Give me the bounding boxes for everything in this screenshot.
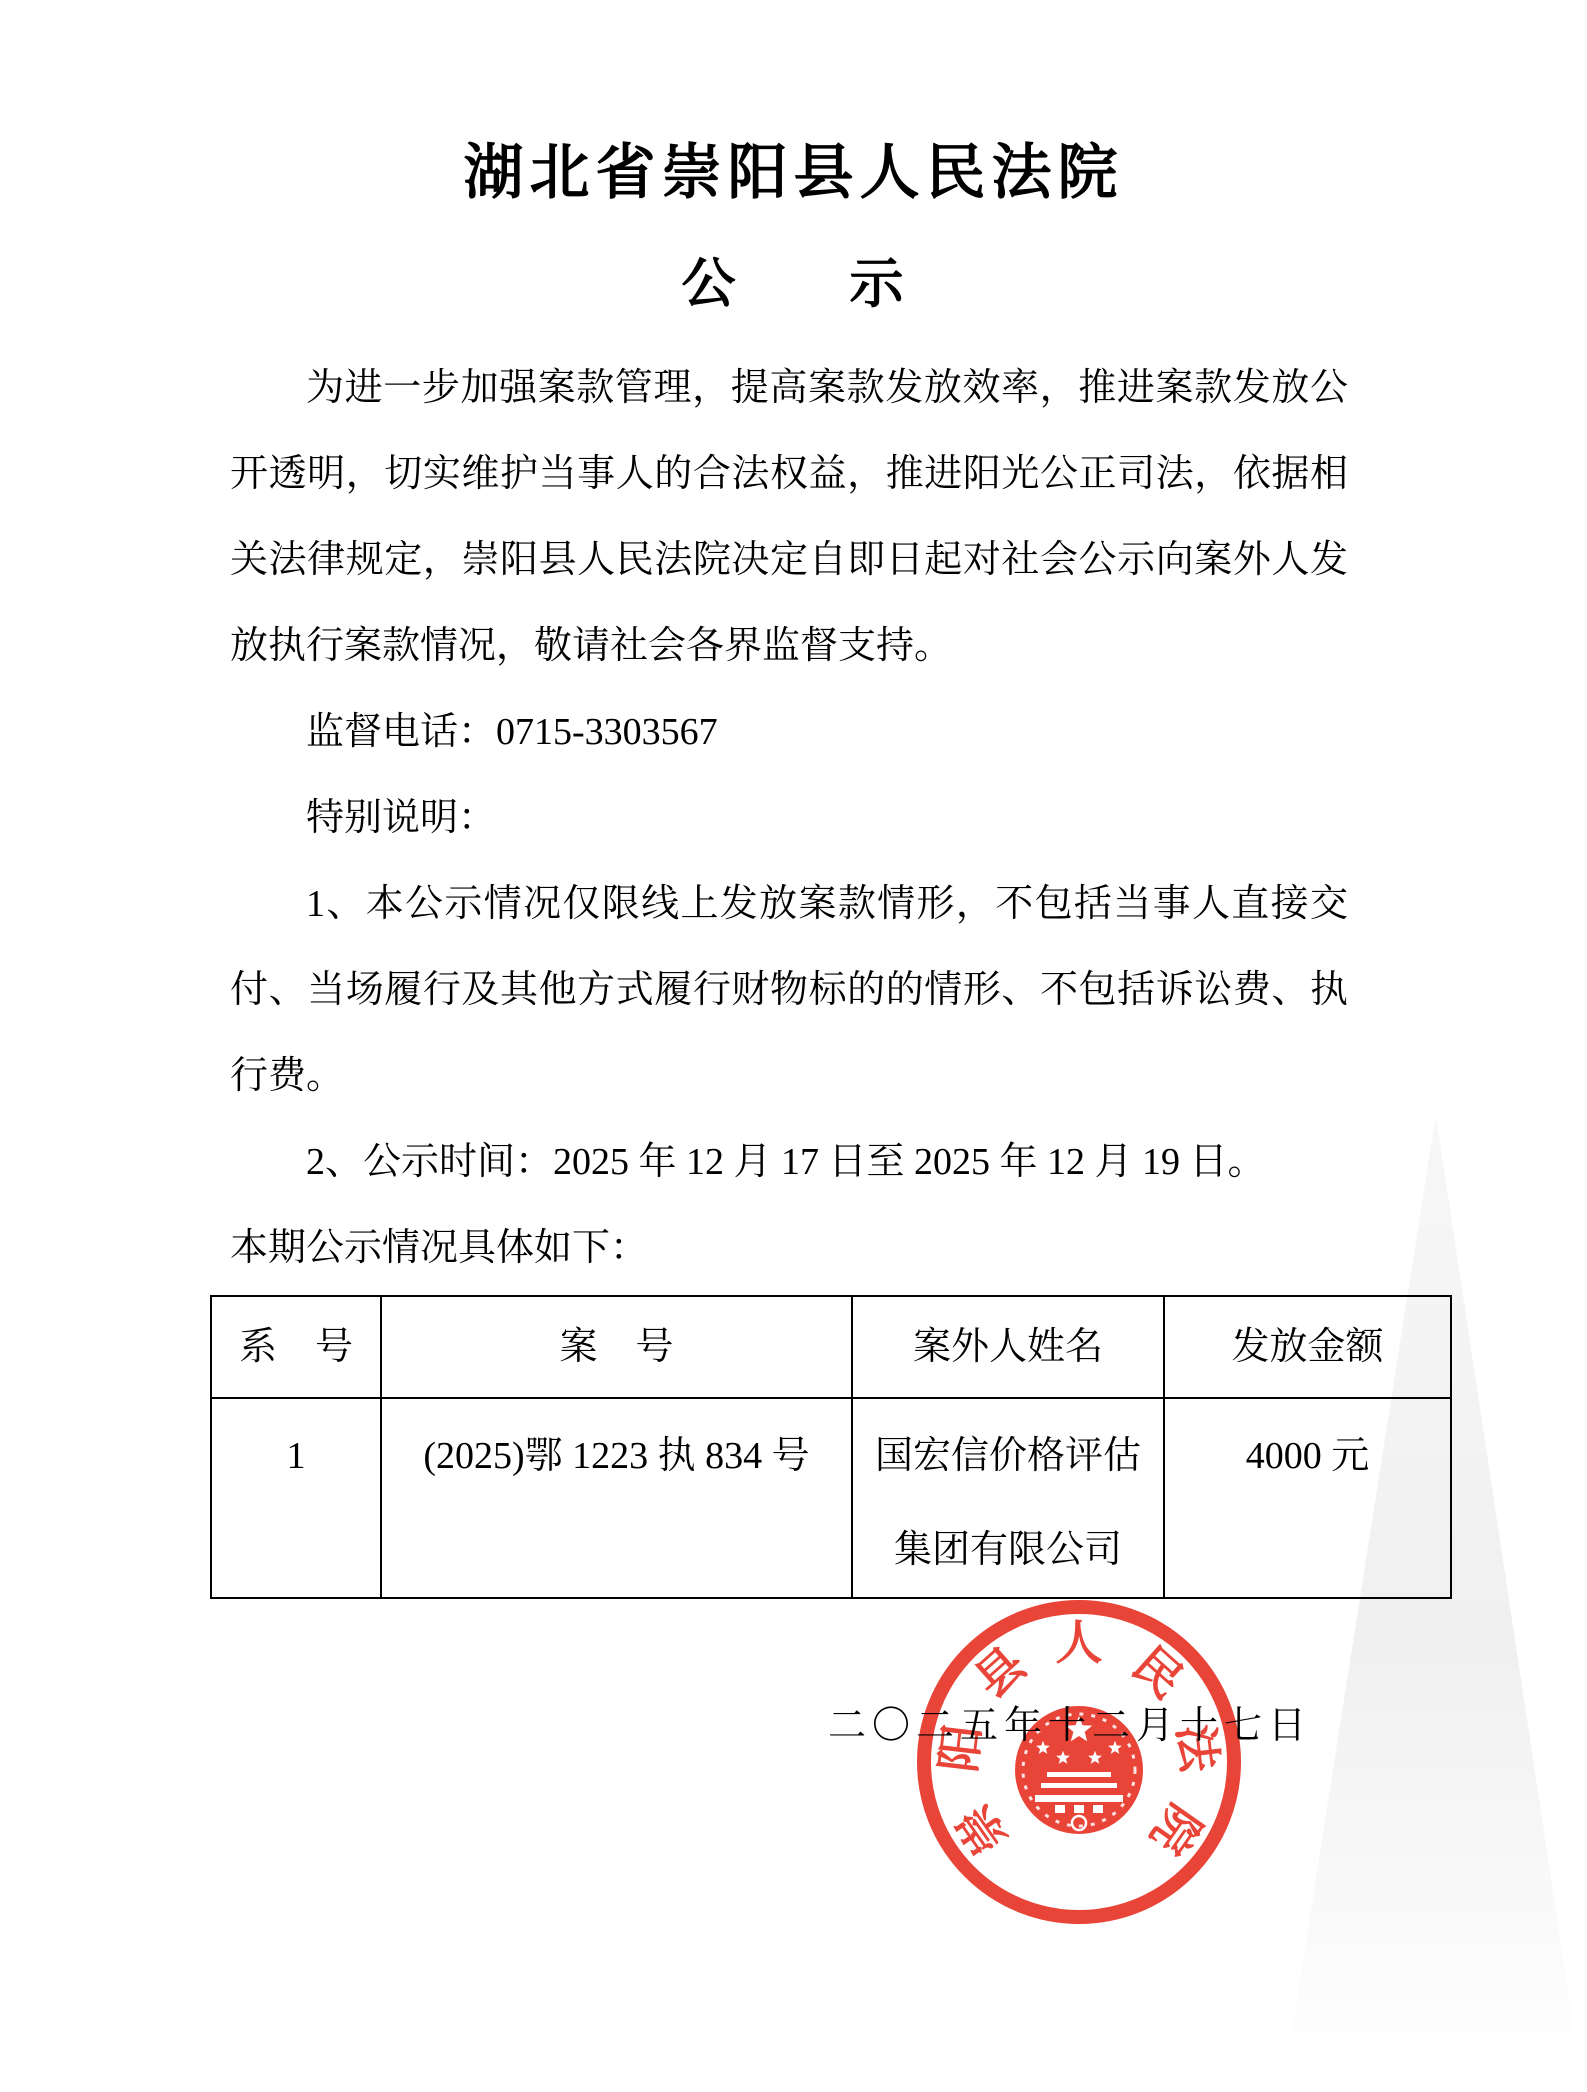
- header-case-no: 案 号: [381, 1296, 852, 1398]
- seal-char: 人: [1056, 1618, 1103, 1670]
- case-funds-table-header: 系 号 案 号 案外人姓名 发放金额: [211, 1296, 1451, 1398]
- case-funds-table: 系 号 案 号 案外人姓名 发放金额 1 (2025)鄂 1223 执 834 …: [210, 1295, 1452, 1599]
- note-item-1: 1、本公示情况仅限线上发放案款情形，不包括当事人直接交付、当场履行及其他方式履行…: [230, 861, 1348, 1119]
- table-intro-line: 本期公示情况具体如下：: [230, 1205, 1348, 1291]
- intro-paragraph: 为进一步加强案款管理，提高案款发放效率，推进案款发放公开透明，切实维护当事人的合…: [230, 345, 1348, 689]
- note-item-2: 2、公示时间：2025 年 12 月 17 日至 2025 年 12 月 19 …: [230, 1119, 1348, 1205]
- page-title: 湖北省崇阳县人民法院: [0, 138, 1587, 208]
- header-amount: 发放金额: [1164, 1296, 1451, 1398]
- cell-outsider-name: 国宏信价格评估集团有限公司: [852, 1398, 1164, 1598]
- cell-seq-no: 1: [211, 1398, 381, 1598]
- court-notice-document: 湖北省崇阳县人民法院 公 示 为进一步加强案款管理，提高案款发放效率，推进案款发…: [0, 0, 1587, 2092]
- case-funds-table-body: 1 (2025)鄂 1223 执 834 号 国宏信价格评估集团有限公司 400…: [211, 1398, 1451, 1598]
- supervision-phone-line: 监督电话：0715-3303567: [230, 689, 1348, 775]
- notice-body: 为进一步加强案款管理，提高案款发放效率，推进案款发放公开透明，切实维护当事人的合…: [230, 345, 1348, 1291]
- header-outsider-name: 案外人姓名: [852, 1296, 1164, 1398]
- table-row: 1 (2025)鄂 1223 执 834 号 国宏信价格评估集团有限公司 400…: [211, 1398, 1451, 1598]
- notice-heading: 公 示: [0, 252, 1587, 316]
- table-header-row: 系 号 案 号 案外人姓名 发放金额: [211, 1296, 1451, 1398]
- special-note-label: 特别说明：: [230, 775, 1348, 861]
- issue-date: 二〇二五年十二月十七日: [828, 1694, 1312, 1749]
- cell-amount: 4000 元: [1164, 1398, 1451, 1598]
- court-seal-stamp: 崇 阳 县 人 民 法 院: [916, 1599, 1242, 1925]
- cell-case-no: (2025)鄂 1223 执 834 号: [381, 1398, 852, 1598]
- header-seq-no: 系 号: [211, 1296, 381, 1398]
